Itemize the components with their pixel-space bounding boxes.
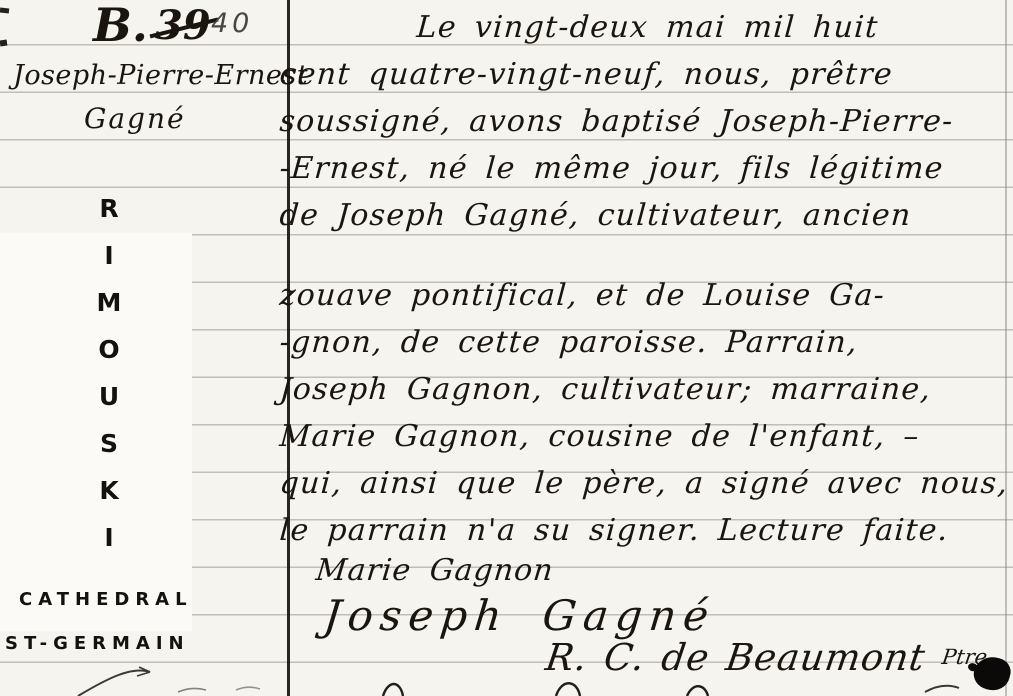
vertical-letter: I (104, 243, 113, 269)
act-line: cent quatre-vingt-neuf, nous, prêtre (278, 51, 1013, 98)
signature-father: Joseph Gagné (321, 591, 717, 640)
act-line: de Joseph Gagné, cultivateur, ancien (278, 192, 1013, 239)
vertical-letter: S (100, 431, 118, 457)
paragraph-gap (278, 239, 1013, 272)
act-line: -Ernest, né le même jour, fils légitime (278, 145, 1013, 192)
edge-mark (0, 8, 9, 14)
act-line: Joseph Gagnon, cultivateur; marraine, (278, 366, 1013, 413)
vertical-letter: M (97, 290, 122, 316)
entry-number-struck: 39 (155, 2, 211, 49)
margin-child-name-line2: Gagné (84, 102, 186, 135)
entry-code-letter: B. (93, 0, 148, 52)
parish-stamp-line2: ST-GERMAIN (5, 633, 190, 654)
vertical-letter: U (99, 384, 119, 410)
signature-priest: R. C. de Beaumont Ptre (543, 636, 990, 679)
vertical-letter: R (99, 196, 118, 222)
act-line: zouave pontifical, et de Louise Ga- (278, 272, 1013, 319)
parish-stamp-line1: CATHEDRAL (19, 589, 193, 610)
parish-register-scan: B. 39 40 Joseph-Pierre-Ernest Gagné R I … (0, 0, 1013, 696)
signature-marraine: Marie Gagnon (314, 553, 555, 588)
act-line: Marie Gagnon, cousine de l'enfant, – (278, 413, 1013, 460)
vertical-letter: I (104, 525, 113, 551)
act-line: soussigné, avons baptisé Joseph-Pierre- (278, 98, 1013, 145)
act-line: Le vingt-deux mai mil huit (278, 4, 1013, 51)
signature-priest-name: R. C. de Beaumont (543, 636, 928, 679)
vertical-letter: K (99, 478, 118, 504)
baptism-act-text: Le vingt-deux mai mil huit cent quatre-v… (278, 4, 1013, 554)
binding-edge-texture (0, 244, 18, 696)
margin-child-name-line1: Joseph-Pierre-Ernest (13, 60, 308, 91)
act-line: qui, ainsi que le père, a signé avec nou… (278, 460, 1013, 507)
edge-mark (0, 40, 7, 47)
entry-number-corrected: 40 (211, 8, 253, 39)
act-line: le parrain n'a su signer. Lecture faite. (278, 507, 1013, 554)
vertical-letter: O (98, 337, 119, 363)
act-line: -gnon, de cette paroisse. Parrain, (278, 319, 1013, 366)
vertical-place-label: R I M O U S K I (92, 196, 126, 551)
